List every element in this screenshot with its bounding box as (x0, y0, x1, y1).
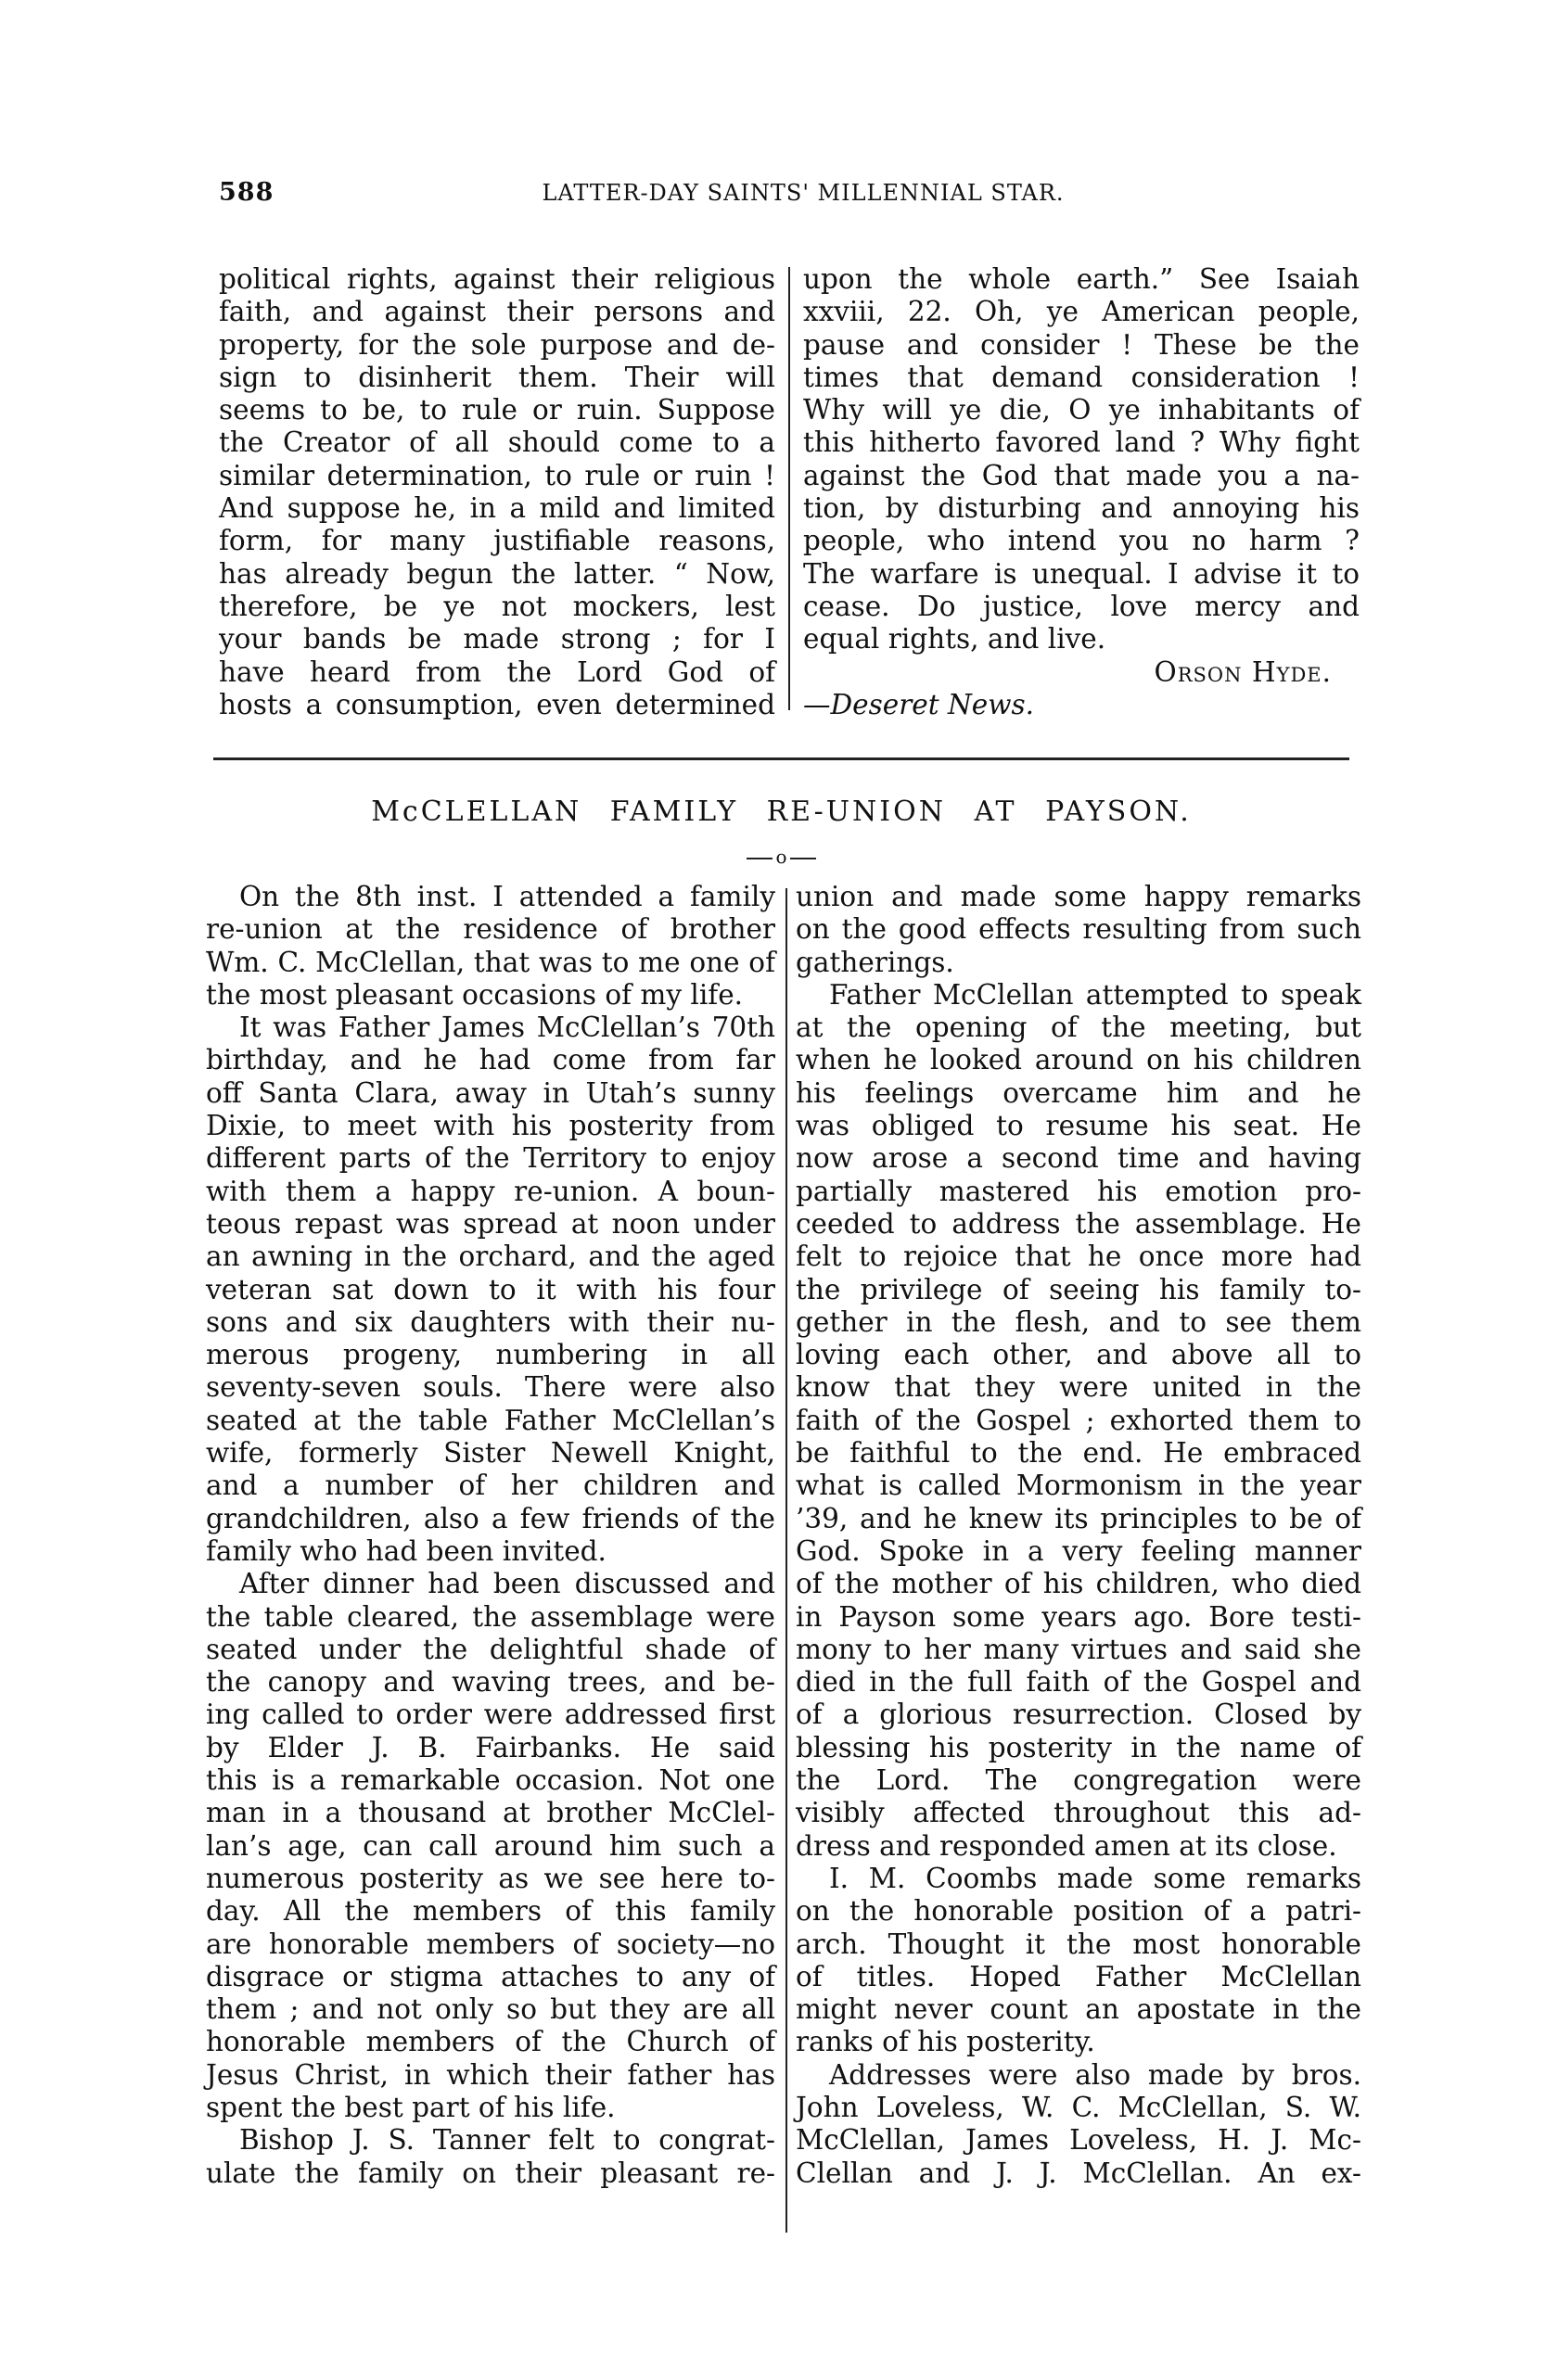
text-line: gatherings. (796, 947, 1361, 979)
text-line: your bands be made strong ; for I (219, 623, 775, 655)
text-line: therefore, be ye not mockers, lest (219, 591, 775, 623)
text-line: faith, and against their persons and (219, 296, 775, 328)
text-line: union and made some happy remarks (796, 881, 1361, 913)
text-line: day. All the members of this family (206, 1895, 775, 1928)
text-line: what is called Mormonism in the year (796, 1470, 1361, 1502)
text-line: spent the best part of his life. (206, 2092, 775, 2124)
text-line: upon the whole earth.” See Isaiah (803, 263, 1360, 296)
previous-article-left-column: political rights, against their religiou… (219, 263, 775, 721)
text-line: re-union at the residence of brother (206, 913, 775, 946)
text-line: hosts a consumption, even determined (219, 689, 775, 721)
text-line: cease. Do justice, love mercy and (803, 591, 1360, 623)
text-line: After dinner had been discussed and (206, 1568, 775, 1600)
text-line: times that demand consideration ! (803, 362, 1360, 394)
text-line: ceeded to address the assemblage. He (796, 1208, 1361, 1241)
text-line: ’39, and he knew its principles to be of (796, 1503, 1361, 1535)
text-line: teous repast was spread at noon under (206, 1208, 775, 1241)
text-line: different parts of the Territory to enjo… (206, 1142, 775, 1175)
text-line: ing called to order were addressed first (206, 1699, 775, 1731)
text-line: honorable members of the Church of (206, 2026, 775, 2058)
text-line: tion, by disturbing and annoying his (803, 492, 1360, 525)
text-line: birthday, and he had come from far (206, 1044, 775, 1076)
text-line: wife, formerly Sister Newell Knight, (206, 1437, 775, 1470)
text-line: the table cleared, the assemblage were (206, 1601, 775, 1634)
text-line: On the 8th inst. I attended a family (206, 881, 775, 913)
text-line: Addresses were also made by bros. (796, 2059, 1361, 2092)
text-line: ranks of his posterity. (796, 2026, 1361, 2058)
text-line: disgrace or stigma attaches to any of (206, 1961, 775, 1993)
text-line: on the honorable position of a patri- (796, 1895, 1361, 1928)
text-line: seated under the delightful shade of (206, 1634, 775, 1666)
text-line: merous progeny, numbering in all (206, 1339, 775, 1371)
article-title: McCLELLAN FAMILY RE-UNION AT PAYSON. (213, 795, 1349, 828)
text-line: now arose a second time and having (796, 1142, 1361, 1175)
text-line: Bishop J. S. Tanner felt to congrat- (206, 2124, 775, 2157)
text-line: mony to her many virtues and said she (796, 1634, 1361, 1666)
text-line: his feelings overcame him and he (796, 1077, 1361, 1110)
text-line: in Payson some years ago. Bore testi- (796, 1601, 1361, 1634)
text-line: arch. Thought it the most honorable (796, 1928, 1361, 1961)
column-divider (788, 267, 790, 710)
text-line: political rights, against their religiou… (219, 263, 775, 296)
text-line: family who had been invited. (206, 1535, 775, 1568)
text-line: have heard from the Lord God of (219, 656, 775, 689)
text-line: McClellan, James Loveless, H. J. Mc- (796, 2124, 1361, 2157)
text-line: know that they were united in the (796, 1371, 1361, 1404)
text-line: with them a happy re-union. A boun- (206, 1176, 775, 1208)
text-line: And suppose he, in a mild and limited (219, 492, 775, 525)
text-line: on the good effects resulting from such (796, 913, 1361, 946)
running-head: 588 LATTER-DAY SAINTS' MILLENNIAL STAR. (219, 178, 1360, 215)
article-right-column: union and made some happy remarkson the … (796, 881, 1361, 2190)
section-divider-rule (213, 757, 1349, 760)
text-line: similar determination, to rule or ruin ! (219, 460, 775, 492)
text-line: grandchildren, also a few friends of the (206, 1503, 775, 1535)
text-line: the privilege of seeing his family to- (796, 1274, 1361, 1306)
text-line: Father McClellan attempted to speak (796, 979, 1361, 1012)
text-line: might never count an apostate in the (796, 1993, 1361, 2026)
text-line: I. M. Coombs made some remarks (796, 1863, 1361, 1895)
text-line: equal rights, and live. (803, 623, 1360, 655)
text-line: of titles. Hoped Father McClellan (796, 1961, 1361, 1993)
text-line: sign to disinherit them. Their will (219, 362, 775, 394)
text-line: gether in the flesh, and to see them (796, 1306, 1361, 1339)
text-line: Why will ye die, O ye inhabitants of (803, 394, 1360, 426)
text-line: man in a thousand at brother McClel- (206, 1797, 775, 1829)
text-line: faith of the Gospel ; exhorted them to (796, 1405, 1361, 1437)
text-line: ulate the family on their pleasant re- (206, 2157, 775, 2190)
text-line: blessing his posterity in the name of (796, 1732, 1361, 1764)
source-citation: —Deseret News. (803, 689, 1360, 721)
text-line: died in the full faith of the Gospel and (796, 1666, 1361, 1699)
text-line: at the opening of the meeting, but (796, 1012, 1361, 1044)
text-line: are honorable members of society—no (206, 1928, 775, 1961)
text-line: has already begun the latter. “ Now, (219, 558, 775, 591)
text-line: when he looked around on his children (796, 1044, 1361, 1076)
text-line: Dixie, to meet with his posterity from (206, 1110, 775, 1142)
text-line: partially mastered his emotion pro- (796, 1176, 1361, 1208)
text-line: xxviii, 22. Oh, ye American people, (803, 296, 1360, 328)
text-line: sons and six daughters with their nu- (206, 1306, 775, 1339)
text-line: the Lord. The congregation were (796, 1764, 1361, 1797)
article-left-column: On the 8th inst. I attended a familyre-u… (206, 881, 775, 2190)
text-line: form, for many justifiable reasons, (219, 525, 775, 557)
text-line: of the mother of his children, who died (796, 1568, 1361, 1600)
text-line: against the God that made you a na- (803, 460, 1360, 492)
text-line: visibly affected throughout this ad- (796, 1797, 1361, 1829)
text-line: felt to rejoice that he once more had (796, 1241, 1361, 1273)
previous-article-right-column: upon the whole earth.” See Isaiahxxviii,… (803, 263, 1360, 721)
text-line: loving each other, and above all to (796, 1339, 1361, 1371)
title-ornament: o (213, 846, 1349, 868)
document-page: 588 LATTER-DAY SAINTS' MILLENNIAL STAR. … (0, 0, 1558, 2380)
text-line: It was Father James McClellan’s 70th (206, 1012, 775, 1044)
text-line: Clellan and J. J. McClellan. An ex- (796, 2157, 1361, 2190)
text-line: John Loveless, W. C. McClellan, S. W. (796, 2092, 1361, 2124)
text-line: veteran sat down to it with his four (206, 1274, 775, 1306)
column-divider (785, 888, 787, 2233)
text-line: property, for the sole purpose and de- (219, 329, 775, 362)
text-line: lan’s age, can call around him such a (206, 1830, 775, 1863)
text-line: God. Spoke in a very feeling manner (796, 1535, 1361, 1568)
journal-title: LATTER-DAY SAINTS' MILLENNIAL STAR. (219, 180, 1360, 206)
text-line: and a number of her children and (206, 1470, 775, 1502)
text-line: off Santa Clara, away in Utah’s sunny (206, 1077, 775, 1110)
text-line: The warfare is unequal. I advise it to (803, 558, 1360, 591)
text-line: dress and responded amen at its close. (796, 1830, 1361, 1863)
text-line: Jesus Christ, in which their father has (206, 2059, 775, 2092)
text-line: seems to be, to rule or ruin. Suppose (219, 394, 775, 426)
text-line: the canopy and waving trees, and be- (206, 1666, 775, 1699)
text-line: the most pleasant occasions of my life. (206, 979, 775, 1012)
text-line: them ; and not only so but they are all (206, 1993, 775, 2026)
text-line: seated at the table Father McClellan’s (206, 1405, 775, 1437)
author-signature: Orson Hyde. (803, 656, 1360, 689)
text-line: numerous posterity as we see here to- (206, 1863, 775, 1895)
text-line: was obliged to resume his seat. He (796, 1110, 1361, 1142)
text-line: an awning in the orchard, and the aged (206, 1241, 775, 1273)
text-line: by Elder J. B. Fairbanks. He said (206, 1732, 775, 1764)
text-line: Wm. C. McClellan, that was to me one of (206, 947, 775, 979)
text-line: the Creator of all should come to a (219, 426, 775, 459)
text-line: pause and consider ! These be the (803, 329, 1360, 362)
text-line: this is a remarkable occasion. Not one (206, 1764, 775, 1797)
text-line: seventy-seven souls. There were also (206, 1371, 775, 1404)
text-line: this hitherto favored land ? Why fight (803, 426, 1360, 459)
text-line: people, who intend you no harm ? (803, 525, 1360, 557)
text-line: be faithful to the end. He embraced (796, 1437, 1361, 1470)
text-line: of a glorious resurrection. Closed by (796, 1699, 1361, 1731)
